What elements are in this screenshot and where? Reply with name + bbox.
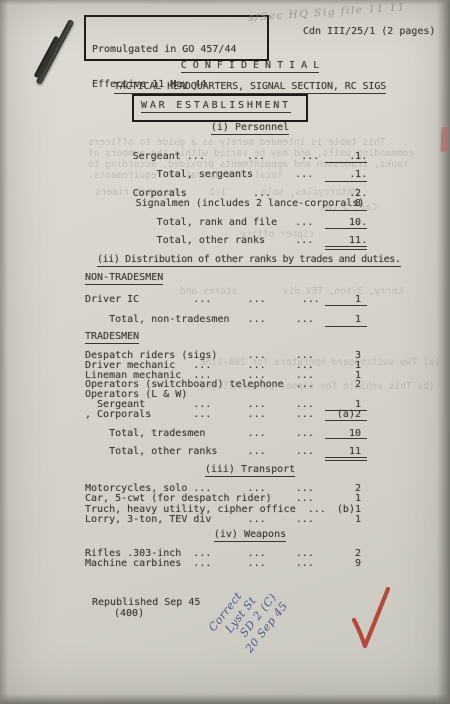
row-value: 1: [325, 515, 367, 525]
section-non-tradesmen: NON-TRADESMEN Driver IC ... ... ...1 Tot…: [85, 272, 415, 326]
section-tradesmen: TRADESMEN Despatch riders (sigs) ... ...…: [85, 331, 415, 457]
row-label: Lorry, 3-ton, TEV div ... ...: [85, 514, 314, 525]
table-row: Total, other ranks ... ...11: [85, 447, 415, 457]
row-label: Driver IC ... ... ...: [85, 294, 320, 305]
section-distribution: (ii) Distribution of other ranks by trad…: [85, 254, 415, 267]
section-heading: TRADESMEN: [85, 331, 139, 344]
document-title: TACTICAL HEADQUARTERS, SIGNAL SECTION, R…: [85, 81, 415, 94]
transport-table: Motorcycles, solo ... ... ...2Car, 5-cwt…: [85, 484, 415, 526]
section-heading: NON-TRADESMEN: [85, 272, 163, 285]
table-row: Lorry, 3-ton, TEV div ... ...1: [85, 515, 415, 525]
document-photo: This table is intended merely as a guide…: [0, 0, 450, 704]
section-transport: (iii) Transport Motorcycles, solo ... ..…: [85, 464, 415, 526]
section-heading: (iv) Weapons: [214, 529, 286, 542]
paper-sheet: This table is intended merely as a guide…: [0, 0, 450, 704]
row-value: 1: [325, 152, 367, 163]
table-row: Total, non-tradesmen ... ...1: [85, 315, 415, 325]
section-personnel: (i) Personnel Sergeant ... ... ... ...1 …: [85, 122, 415, 246]
photo-edge: [0, 694, 450, 704]
tradesmen-table: Despatch riders (sigs) ... ...3Driver me…: [85, 351, 415, 457]
section-weapons: (iv) Weapons Rifles .303-inch ... ... ..…: [85, 529, 415, 570]
table-row: Total, sergeants ... ...1: [85, 170, 415, 180]
row-value: 8: [325, 199, 367, 210]
row-value: 10: [325, 429, 367, 440]
table-row: Driver IC ... ... ...1: [85, 295, 415, 305]
row-label: Total, non-tradesmen ... ...: [85, 314, 314, 325]
section-heading: (iii) Transport: [205, 464, 295, 477]
table-row: Total, tradesmen ... ...10: [85, 429, 415, 439]
document-subtitle: WAR ESTABLISHMENT: [141, 100, 291, 113]
row-value: (a)2: [325, 410, 367, 421]
table-row: Total, other ranks ... ...11: [85, 236, 415, 246]
row-label: Total, other ranks ... ...: [85, 446, 314, 457]
table-row: , Corporals ... ... ...(a)2: [85, 410, 415, 420]
non-tradesmen-table: Driver IC ... ... ...1 Total, non-trades…: [85, 295, 415, 326]
red-checkmark-icon: [342, 580, 402, 658]
row-value: 1: [325, 315, 367, 326]
row-value: 1: [325, 295, 367, 306]
republished-note: Republished Sep 45: [92, 598, 200, 609]
photo-edge: [0, 0, 8, 704]
weapons-table: Rifles .303-inch ... ... ...2Machine car…: [85, 549, 415, 570]
row-value: 2: [325, 380, 367, 390]
paperclip-icon: [35, 19, 74, 85]
row-label: , Corporals ... ... ...: [85, 409, 314, 420]
classification-banner: C O N F I D E N T I A L: [85, 60, 415, 73]
print-run: (400): [92, 609, 200, 620]
document-title-text: TACTICAL HEADQUARTERS, SIGNAL SECTION, R…: [114, 81, 386, 94]
row-value: 11: [325, 236, 367, 250]
personnel-table: Sergeant ... ... ... ...1 Total, sergean…: [85, 152, 415, 246]
section-heading: (ii) Distribution of other ranks by trad…: [97, 254, 401, 267]
pencil-annotation: s/Sec HQ Sig file 11 11: [248, 0, 448, 24]
document-subtitle-text: WAR ESTABLISHMENT: [141, 100, 291, 113]
photo-edge: [437, 0, 450, 704]
pink-edge-mark: [441, 127, 449, 152]
footer: Republished Sep 45 (400): [92, 598, 200, 619]
ink-annotation: Correct Lyst St SD 2 (C) 20 Sep 45: [206, 574, 291, 661]
row-value: 9: [325, 559, 367, 569]
row-value: 11: [325, 447, 367, 461]
reference-number: Cdn III/25/1 (2 pages): [303, 26, 435, 37]
table-row: Machine carbines ... ... ...9: [85, 559, 415, 569]
classification-text: C O N F I D E N T I A L: [181, 60, 319, 73]
row-label: Car, 5-cwt (for despatch rider) ...: [85, 493, 314, 504]
row-value: 1: [325, 170, 367, 181]
section-heading: (i) Personnel: [211, 122, 289, 135]
promulgated-line: Promulgated in GO 457/44: [92, 44, 237, 56]
table-row: Signalmen (includes 2 lance-corporals)8: [85, 199, 415, 209]
row-value: 10: [325, 218, 367, 229]
table-row: Total, rank and file ... ...10: [85, 218, 415, 228]
table-row: Sergeant ... ... ... ...1: [85, 152, 415, 162]
row-label: Machine carbines ... ... ...: [85, 558, 314, 569]
row-label: Total, tradesmen ... ...: [85, 428, 314, 439]
